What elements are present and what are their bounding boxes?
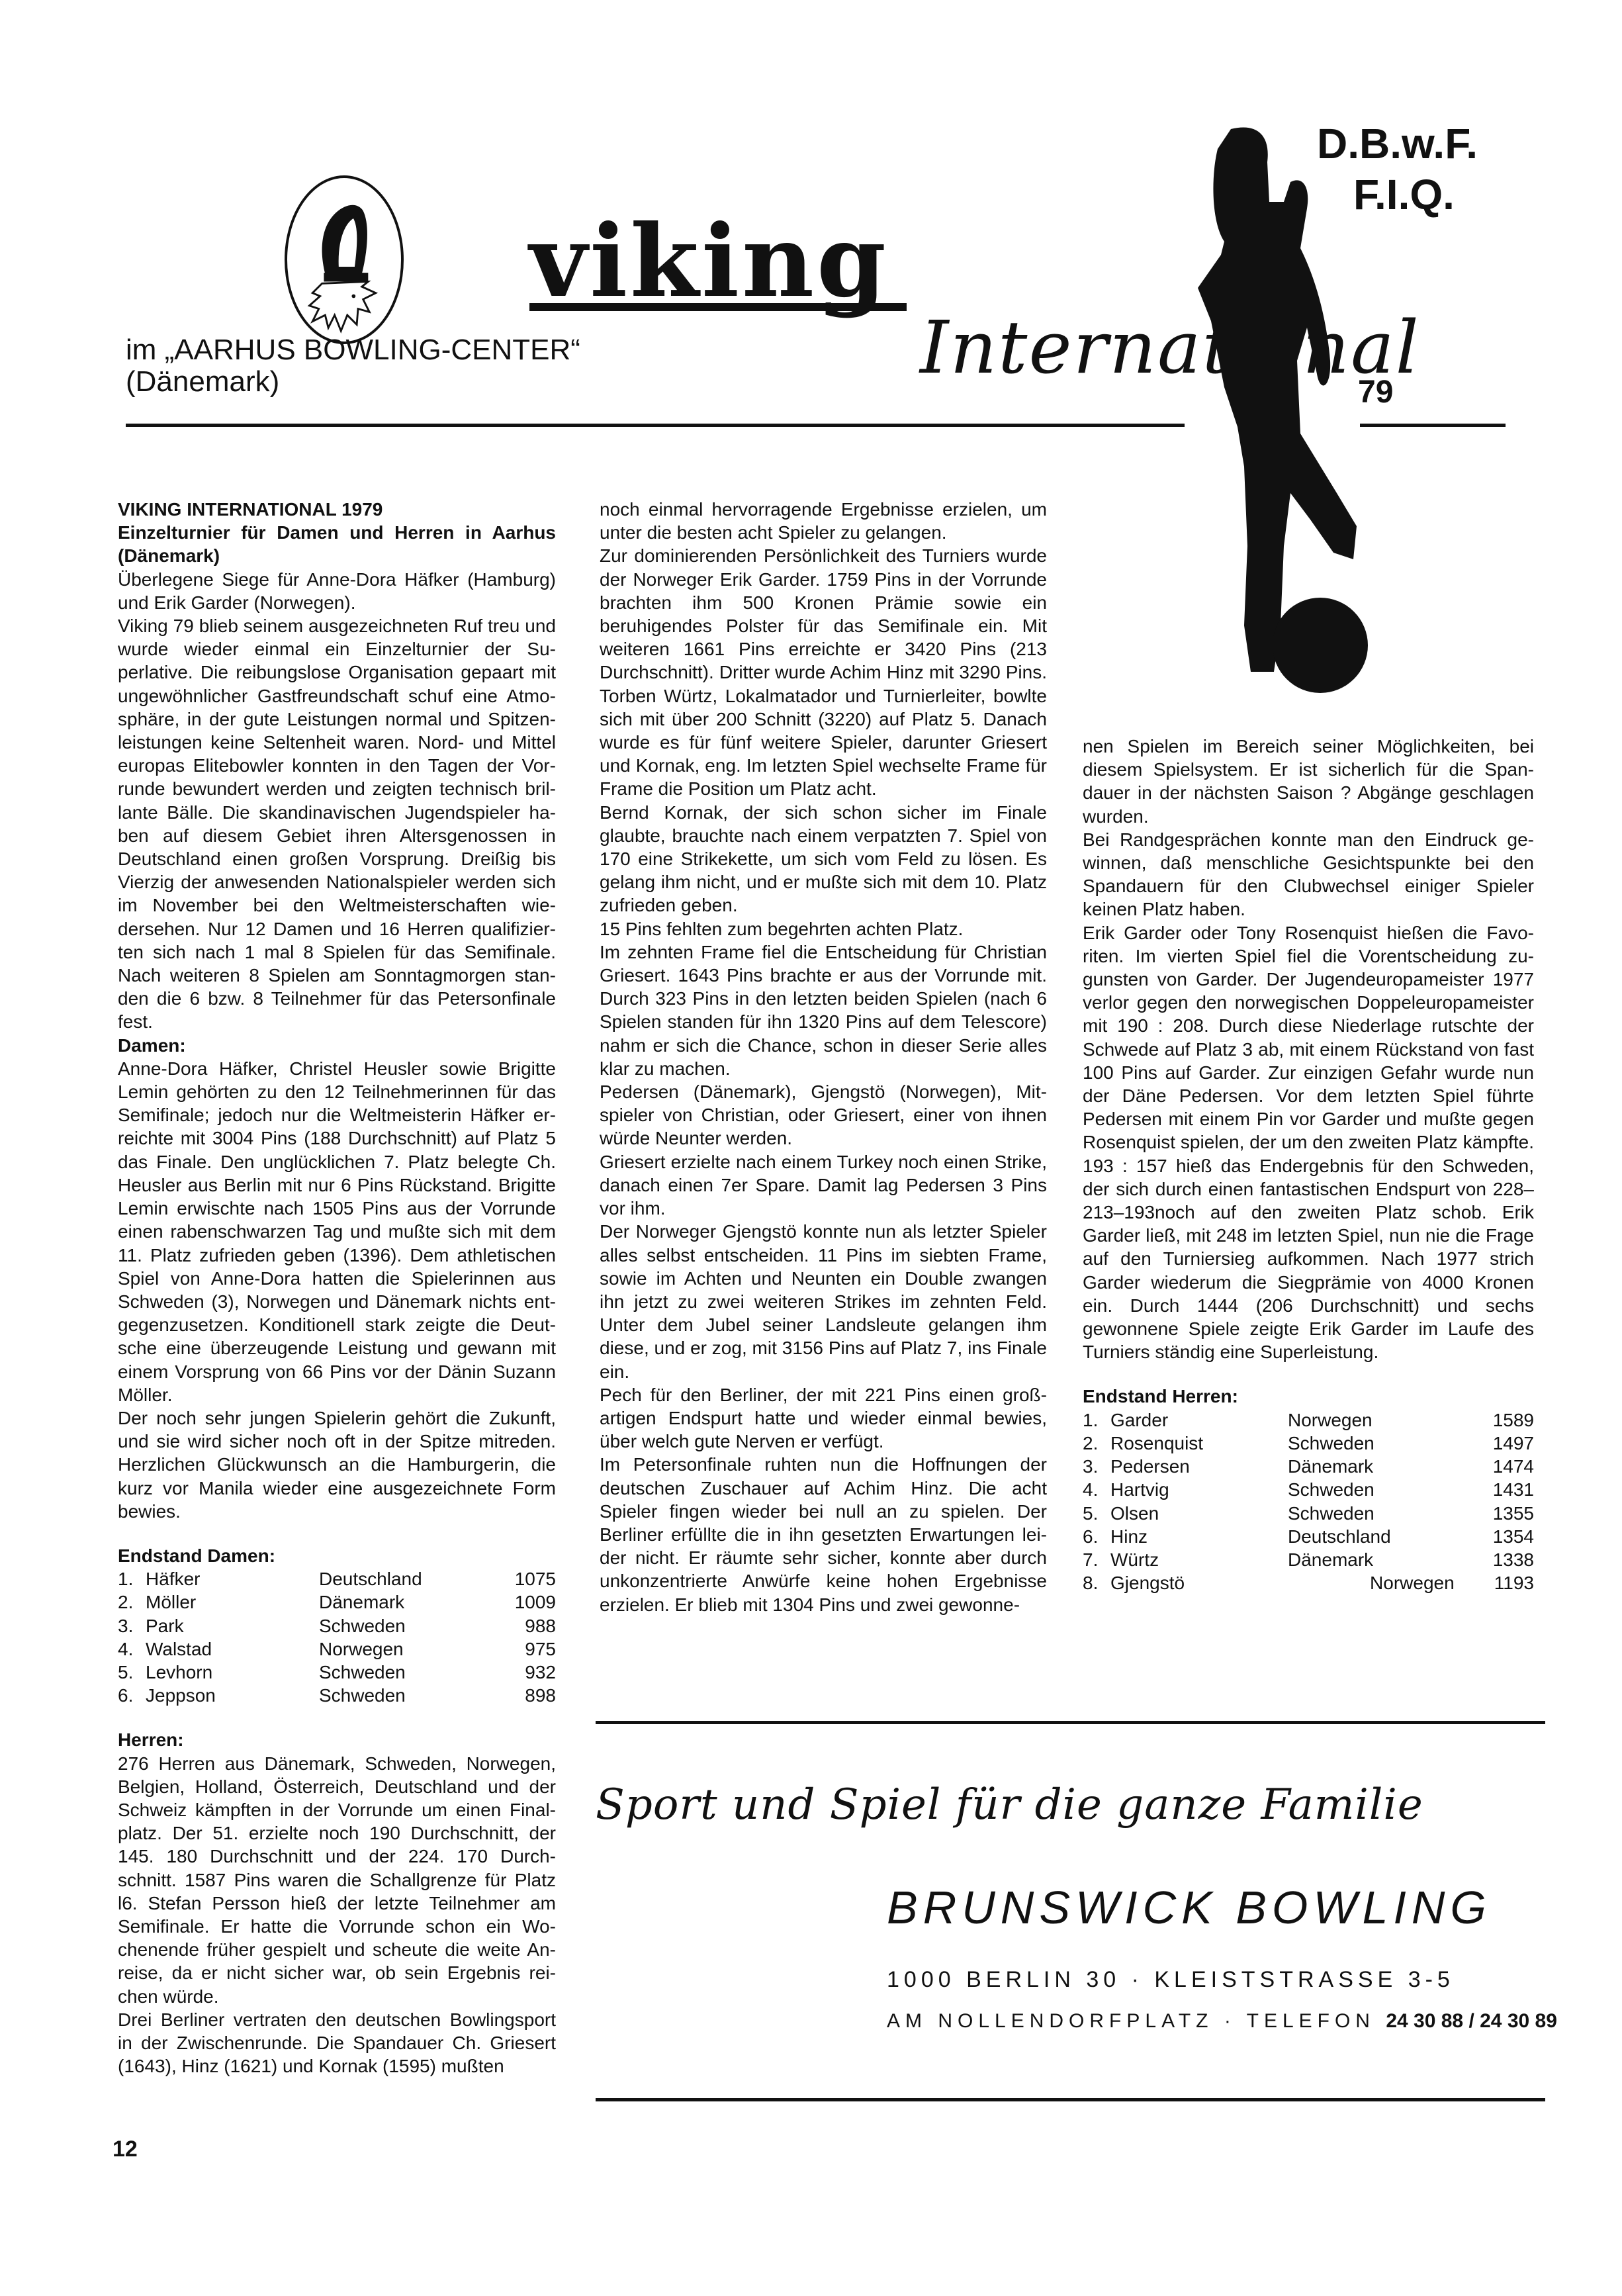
- paragraph: nen Spielen im Bereich seiner Möglichkei…: [1083, 735, 1534, 828]
- ad-brand: BRUNSWICK BOWLING: [887, 1881, 1492, 1934]
- rank: 2.: [118, 1590, 146, 1614]
- player-name: Häfker: [146, 1567, 319, 1590]
- pins: 1075: [488, 1567, 556, 1590]
- table-row: 6. Hinz Deutschland 1354: [1083, 1525, 1534, 1548]
- player-name: Würtz: [1110, 1548, 1288, 1571]
- player-name: Levhorn: [146, 1661, 319, 1684]
- article-column-3: nen Spielen im Bereich seiner Möglichkei…: [1083, 735, 1534, 1594]
- pins: 1431: [1464, 1478, 1534, 1501]
- rank: 4.: [118, 1637, 146, 1661]
- pins: 1355: [1464, 1502, 1534, 1525]
- rank: 5.: [118, 1661, 146, 1684]
- table-row: 1. Garder Norwegen 1589: [1083, 1408, 1534, 1432]
- country: Dänemark: [1288, 1455, 1464, 1478]
- standings-damen-title: Endstand Damen:: [118, 1544, 556, 1567]
- article-column-1: VIKING INTERNATIONAL 1979 Einzelturnier …: [118, 498, 556, 2078]
- table-row: 2. Rosenquist Schweden 1497: [1083, 1432, 1534, 1455]
- pins: 988: [488, 1614, 556, 1637]
- pins: 975: [488, 1637, 556, 1661]
- pins: 1193: [1464, 1571, 1534, 1594]
- rank: 5.: [1083, 1502, 1110, 1525]
- pins: 1338: [1464, 1548, 1534, 1571]
- standings-herren-title: Endstand Herren:: [1083, 1385, 1534, 1408]
- table-row: 7. Würtz Dänemark 1338: [1083, 1548, 1534, 1571]
- paragraph: Bei Randgesprächen konnte man den Eindru…: [1083, 828, 1534, 921]
- rank: 6.: [1083, 1525, 1110, 1548]
- ad-address-line-1: 1000 BERLIN 30 · KLEISTSTRASSE 3-5: [887, 1967, 1455, 1993]
- table-row: 5. Olsen Schweden 1355: [1083, 1502, 1534, 1525]
- player-name: Olsen: [1110, 1502, 1288, 1525]
- pins: 1497: [1464, 1432, 1534, 1455]
- venue-line-1: im „AARHUS BOWLING-CENTER“: [126, 334, 580, 366]
- pins: 1354: [1464, 1525, 1534, 1548]
- viking-head-logo: [285, 175, 404, 344]
- country: Deutschland: [1288, 1525, 1464, 1548]
- article-subheading: Einzelturnier für Damen und Herren in Aa…: [118, 521, 556, 567]
- rank: 3.: [1083, 1455, 1110, 1478]
- header-rule: [126, 424, 1185, 427]
- table-row: 4. Walstad Norwegen 975: [118, 1637, 556, 1661]
- pins: 932: [488, 1661, 556, 1684]
- paragraph: Drei Berliner vertraten den deutschen Bo…: [118, 2008, 556, 2078]
- player-name: Park: [146, 1614, 319, 1637]
- player-name: Pedersen: [1110, 1455, 1288, 1478]
- pins: 898: [488, 1684, 556, 1707]
- paragraph: Bernd Kornak, der sich schon sicher im F…: [600, 801, 1047, 917]
- title-year: 79: [1358, 374, 1393, 410]
- country: Norwegen: [1288, 1408, 1464, 1432]
- country: Norwegen: [1288, 1571, 1464, 1594]
- country: Schweden: [1288, 1502, 1464, 1525]
- player-name: Rosenquist: [1110, 1432, 1288, 1455]
- paragraph: Überlegene Siege für Anne-Dora Häfker (H…: [118, 568, 556, 614]
- org-fiq: F.I.Q.: [1353, 173, 1455, 216]
- rank: 6.: [118, 1684, 146, 1707]
- player-name: Hartvig: [1110, 1478, 1288, 1501]
- country: Schweden: [319, 1614, 488, 1637]
- ad-address-text: AM NOLLENDORFPLATZ · TELEFON: [887, 2010, 1375, 2032]
- country: Norwegen: [319, 1637, 488, 1661]
- page-number: 12: [113, 2136, 138, 2162]
- section-heading-damen: Damen:: [118, 1034, 556, 1057]
- paragraph: 15 Pins fehlten zum begehrten achten Pla…: [600, 917, 1047, 941]
- player-name: Möller: [146, 1590, 319, 1614]
- country: Dänemark: [1288, 1548, 1464, 1571]
- table-row: 2. Möller Dänemark 1009: [118, 1590, 556, 1614]
- paragraph: Im Petersonfinale ruhten nun die Hoffnun…: [600, 1453, 1047, 1616]
- paragraph: 276 Herren aus Dänemark, Schweden, Norwe…: [118, 1752, 556, 2008]
- table-row: 3. Park Schweden 988: [118, 1614, 556, 1637]
- magazine-title: viking: [529, 212, 889, 311]
- rank: 7.: [1083, 1548, 1110, 1571]
- rank: 1.: [118, 1567, 146, 1590]
- country: Schweden: [319, 1684, 488, 1707]
- country: Deutschland: [319, 1567, 488, 1590]
- article-column-2: noch einmal hervorragende Ergebnisse erz…: [600, 498, 1047, 1616]
- ad-phone: 24 30 88 / 24 30 89: [1386, 2010, 1557, 2032]
- table-row: 1. Häfker Deutschland 1075: [118, 1567, 556, 1590]
- venue-line-2: (Dänemark): [126, 366, 580, 398]
- table-row: 3. Pedersen Dänemark 1474: [1083, 1455, 1534, 1478]
- org-dbwf: D.B.w.F.: [1317, 122, 1478, 165]
- rank: 3.: [118, 1614, 146, 1637]
- article-heading: VIKING INTERNATIONAL 1979: [118, 498, 556, 521]
- ad-slogan: Sport und Spiel für die ganze Familie: [596, 1780, 1423, 1829]
- ad-rule-bottom: [596, 2098, 1545, 2101]
- viking-head-icon: [287, 178, 401, 342]
- table-row: 8. Gjengstö Norwegen 1193: [1083, 1571, 1534, 1594]
- paragraph: Zur dominierenden Persönlichkeit des Tur…: [600, 544, 1047, 800]
- title-underline: [529, 303, 907, 311]
- player-name: Gjengstö: [1110, 1571, 1288, 1594]
- paragraph: Griesert erzielte nach einem Turkey noch…: [600, 1150, 1047, 1220]
- player-name: Garder: [1110, 1408, 1288, 1432]
- standings-damen-table: 1. Häfker Deutschland 1075 2. Möller Dän…: [118, 1567, 556, 1707]
- country: Schweden: [1288, 1432, 1464, 1455]
- pins: 1474: [1464, 1455, 1534, 1478]
- table-row: 6. Jeppson Schweden 898: [118, 1684, 556, 1707]
- pins: 1589: [1464, 1408, 1534, 1432]
- country: Dänemark: [319, 1590, 488, 1614]
- rank: 4.: [1083, 1478, 1110, 1501]
- player-name: Walstad: [146, 1637, 319, 1661]
- paragraph: noch einmal hervorragende Ergebnisse erz…: [600, 498, 1047, 544]
- paragraph: Pech für den Berliner, der mit 221 Pins …: [600, 1383, 1047, 1453]
- rank: 1.: [1083, 1408, 1110, 1432]
- paragraph: Der noch sehr jungen Spielerin gehört di…: [118, 1406, 556, 1523]
- venue: im „AARHUS BOWLING-CENTER“ (Dänemark): [126, 334, 580, 398]
- header-rule-right: [1360, 424, 1506, 427]
- paragraph: Anne-Dora Häfker, Christel Heusler sowie…: [118, 1057, 556, 1406]
- paragraph: Im zehnten Frame fiel die Entscheidung f…: [600, 941, 1047, 1080]
- paragraph: Der Norweger Gjengstö konnte nun als let…: [600, 1220, 1047, 1383]
- country: Schweden: [319, 1661, 488, 1684]
- rank: 2.: [1083, 1432, 1110, 1455]
- bowler-silhouette-icon: [1185, 122, 1370, 718]
- table-row: 4. Hartvig Schweden 1431: [1083, 1478, 1534, 1501]
- pins: 1009: [488, 1590, 556, 1614]
- section-heading-herren: Herren:: [118, 1728, 556, 1751]
- ad-address-line-2: AM NOLLENDORFPLATZ · TELEFON 24 30 88 / …: [887, 2010, 1557, 2033]
- paragraph: Viking 79 blieb seinem ausgezeichneten R…: [118, 614, 556, 1034]
- table-row: 5. Levhorn Schweden 932: [118, 1661, 556, 1684]
- paragraph: Erik Garder oder Tony Rosenquist hießen …: [1083, 921, 1534, 1364]
- player-name: Hinz: [1110, 1525, 1288, 1548]
- standings-herren-table: 1. Garder Norwegen 1589 2. Rosenquist Sc…: [1083, 1408, 1534, 1595]
- player-name: Jeppson: [146, 1684, 319, 1707]
- paragraph: Pedersen (Dänemark), Gjengstö (Norwegen)…: [600, 1080, 1047, 1150]
- country: Schweden: [1288, 1478, 1464, 1501]
- rank: 8.: [1083, 1571, 1110, 1594]
- ad-rule-top: [596, 1721, 1545, 1724]
